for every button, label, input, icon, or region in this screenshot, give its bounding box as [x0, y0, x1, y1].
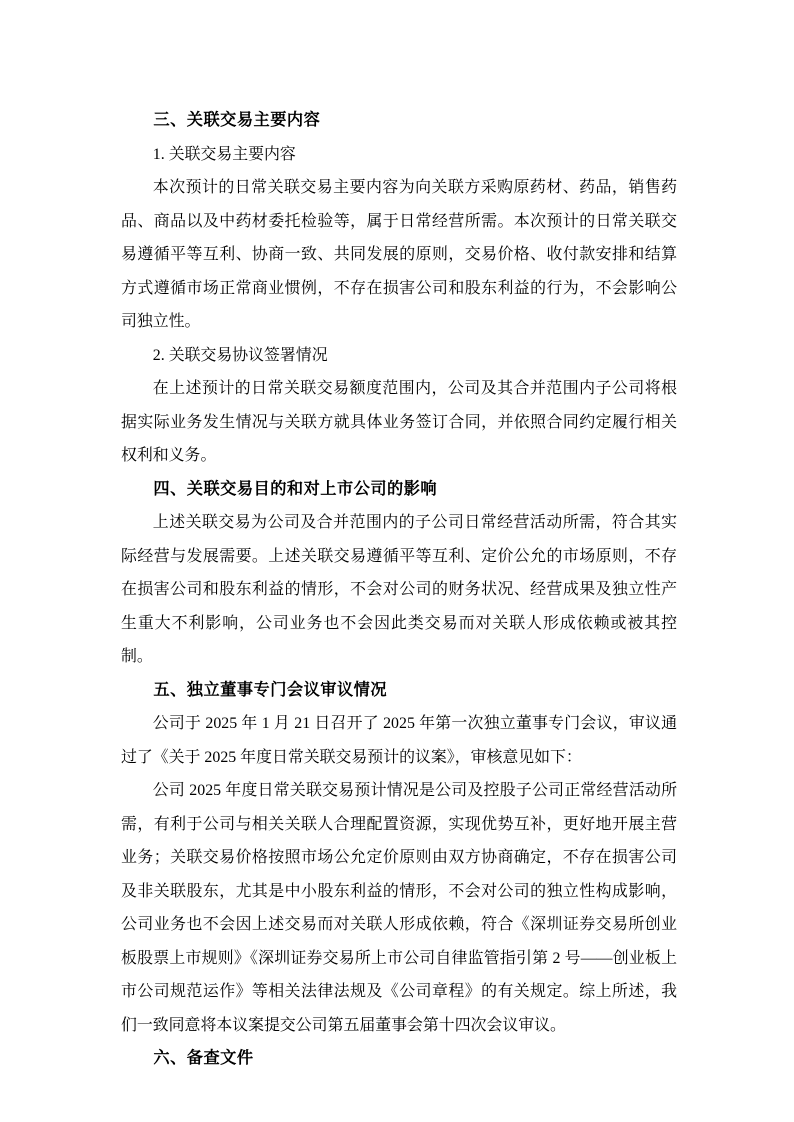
paragraph-purpose-impact: 上述关联交易为公司及合并范围内的子公司日常经营活动所需，符合其实际经营与发展需要… — [121, 506, 677, 674]
section-heading-3-main-content: 三、关联交易主要内容 — [121, 104, 677, 138]
paragraph-review-opinion: 公司 2025 年度日常关联交易预计情况是公司及控股子公司正常经营活动所需，有利… — [121, 774, 677, 1042]
section-heading-6-reference-documents: 六、备查文件 — [121, 1042, 677, 1076]
section-heading-4-purpose-impact: 四、关联交易目的和对上市公司的影响 — [121, 473, 677, 507]
paragraph-agreement-signing: 在上述预计的日常关联交易额度范围内，公司及其合并范围内子公司将根据实际业务发生情… — [121, 372, 677, 473]
section-heading-5-independent-directors-meeting: 五、独立董事专门会议审议情况 — [121, 674, 677, 708]
sub-item-1-main-content: 1. 关联交易主要内容 — [121, 138, 677, 172]
paragraph-meeting-held: 公司于 2025 年 1 月 21 日召开了 2025 年第一次独立董事专门会议… — [121, 707, 677, 774]
paragraph-transaction-content: 本次预计的日常关联交易主要内容为向关联方采购原药材、药品，销售药品、商品以及中药… — [121, 171, 677, 339]
document-content: 三、关联交易主要内容 1. 关联交易主要内容 本次预计的日常关联交易主要内容为向… — [121, 104, 677, 1076]
document-page: 三、关联交易主要内容 1. 关联交易主要内容 本次预计的日常关联交易主要内容为向… — [0, 0, 794, 1122]
sub-item-2-agreement-signing: 2. 关联交易协议签署情况 — [121, 339, 677, 373]
